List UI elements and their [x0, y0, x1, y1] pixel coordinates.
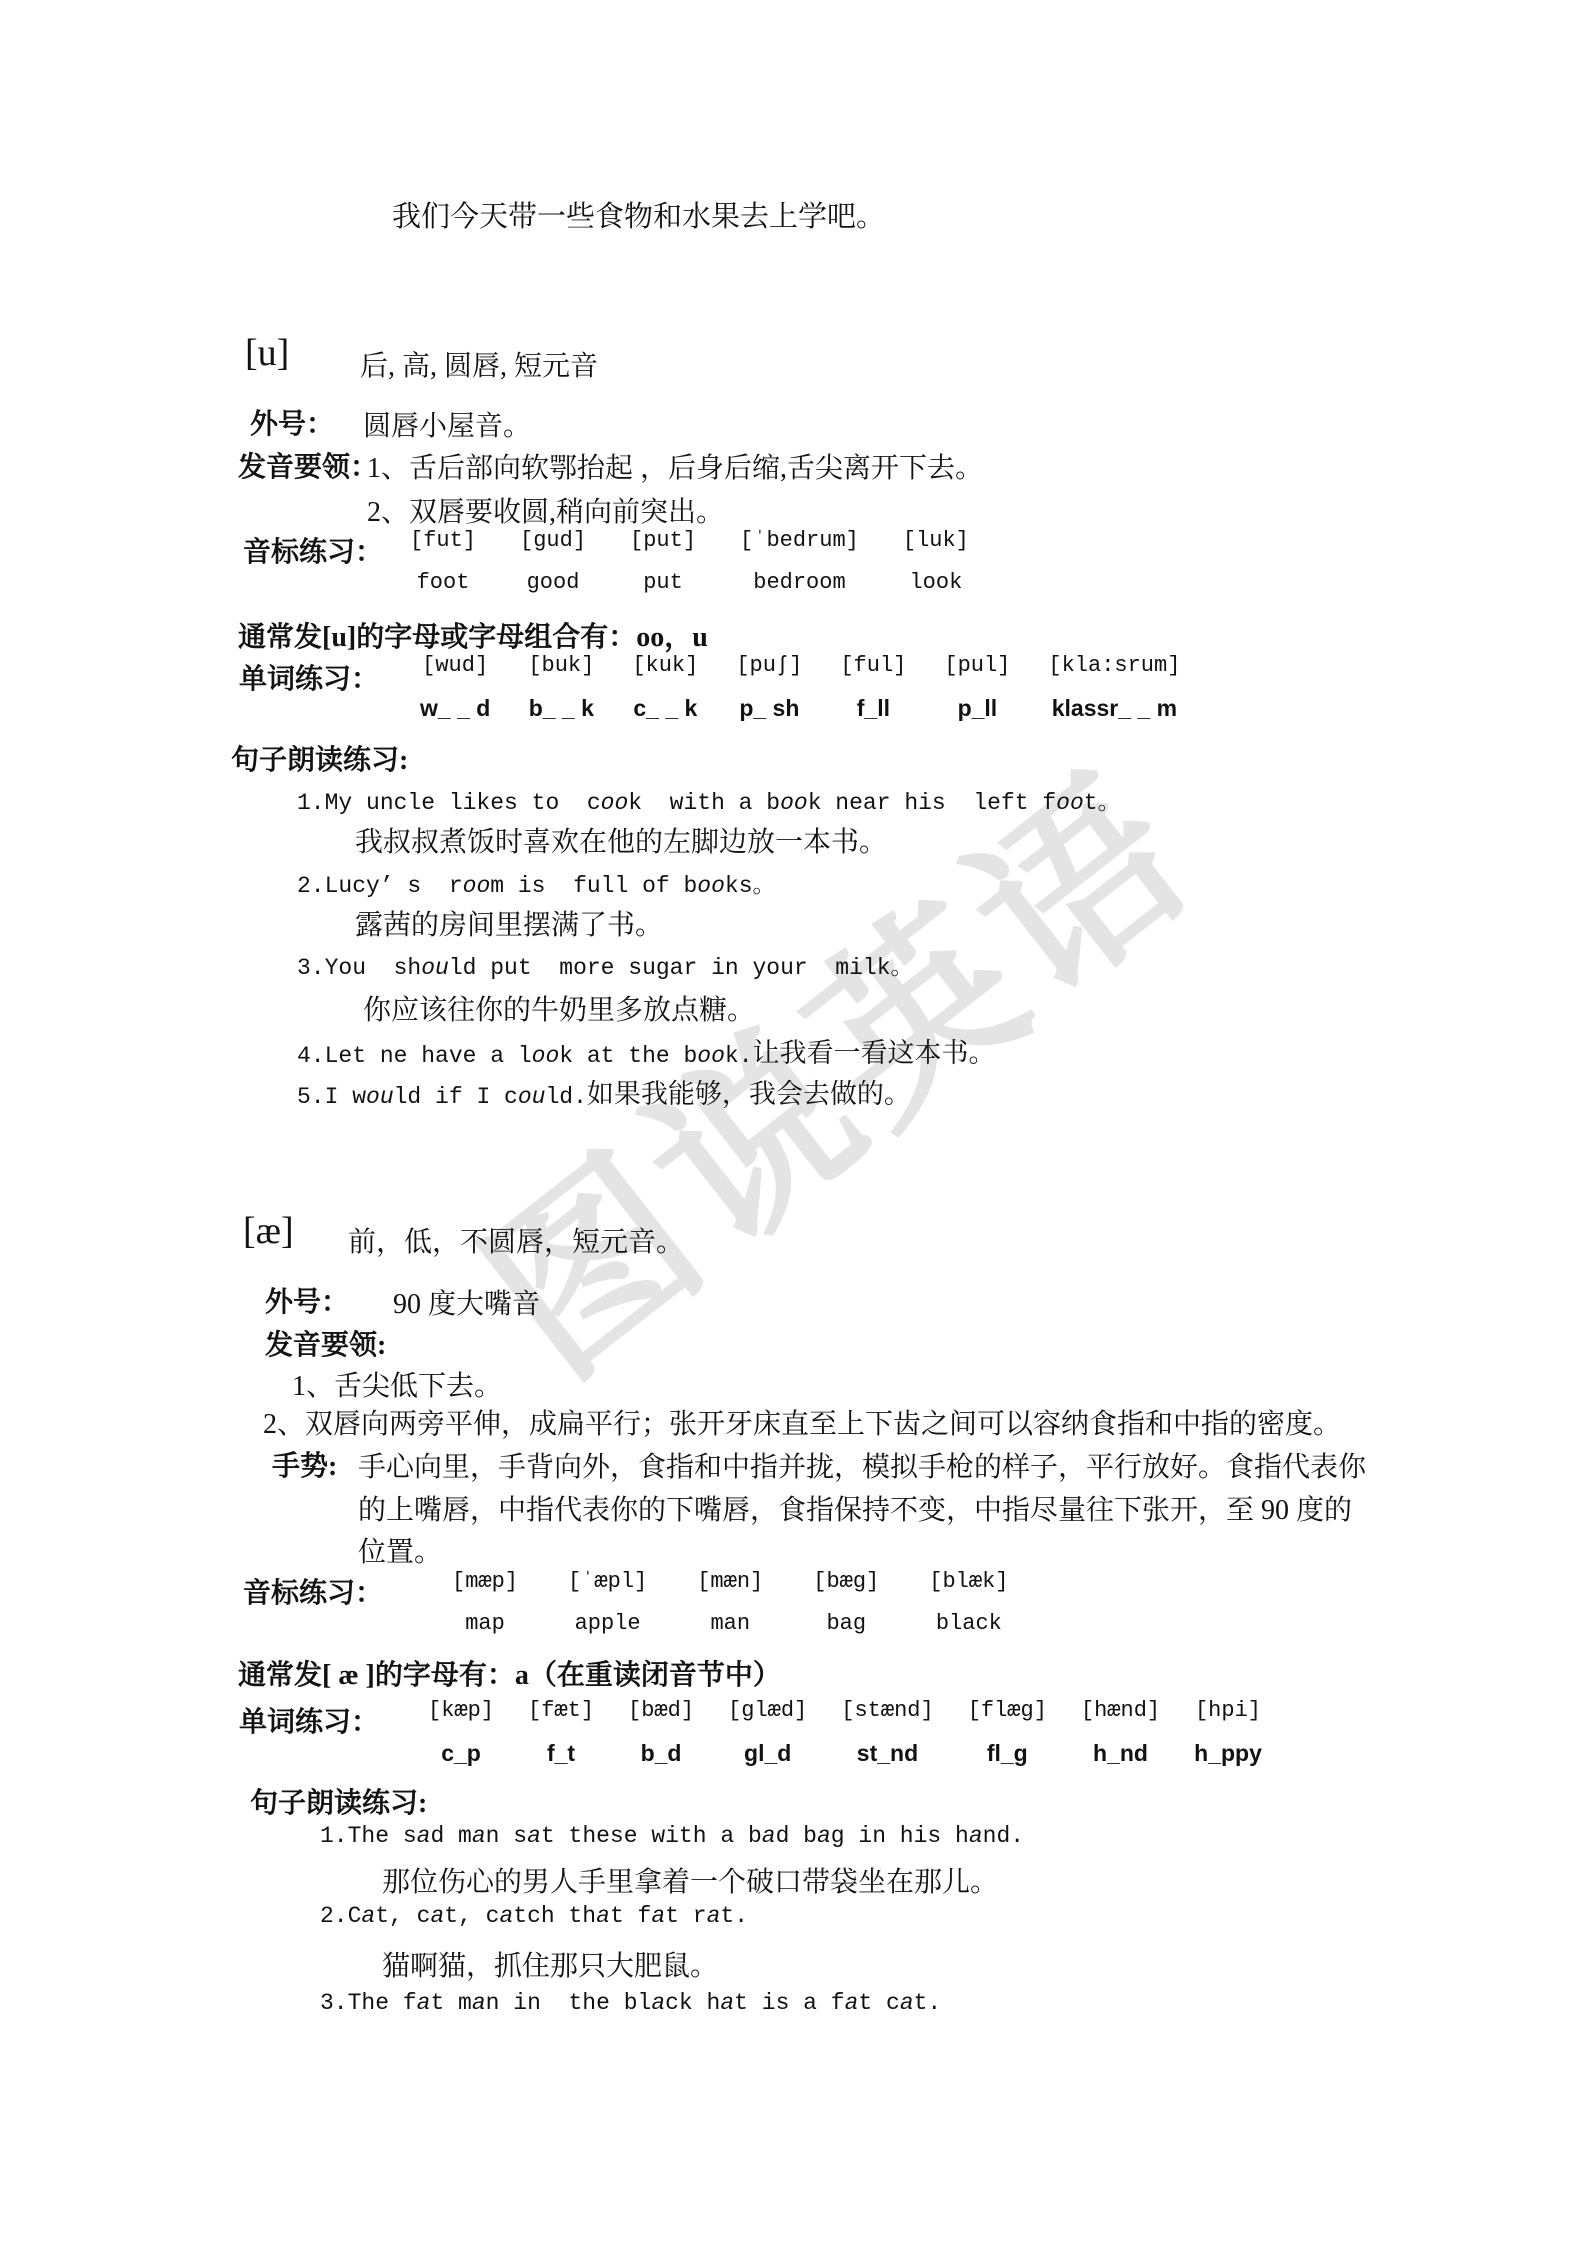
ae-gesture-line-1: 手心向里，手背向外，食指和中指并拢，模拟手枪的样子，平行放好。食指代表你: [358, 1445, 1366, 1485]
ipa-text: [blæk]: [929, 1569, 1008, 1594]
word-item: [bæd]b_d: [628, 1698, 694, 1767]
ae-features: 前，低，不圆唇，短元音。: [348, 1220, 684, 1260]
ae-gesture-line-3: 位置。: [358, 1530, 442, 1570]
word-text: map: [465, 1611, 505, 1636]
u-sentence-2-en: 2.Lucy’ s room is full of books。: [297, 866, 776, 899]
blank-text: b_d: [641, 1740, 682, 1766]
u-sentence-5-en: 5.I would if I could.如果我能够，我会去做的。: [297, 1072, 911, 1111]
phonetic-item: [gud]good: [520, 528, 586, 595]
blank-text: fl_g: [987, 1740, 1028, 1766]
ae-gesture-line-2: 的上嘴唇，中指代表你的下嘴唇，食指保持不变，中指尽量往下张开，至 90 度的: [358, 1488, 1352, 1528]
blank-text: f_t: [547, 1740, 575, 1766]
ae-phonetic-items: [mæp]map [ˈæpl]apple [mæn]man [bæg]bag […: [452, 1569, 1008, 1636]
ae-sentence-1-cn: 那位伤心的男人手里拿着一个破口带袋坐在那儿。: [382, 1860, 998, 1900]
word-text: good: [527, 570, 580, 595]
blank-text: st_nd: [857, 1740, 918, 1766]
ae-sentence-2-cn: 猫啊猫，抓住那只大肥鼠。: [382, 1944, 718, 1984]
u-word-items: [wud]w_ _ d [buk]b_ _ k [kuk]c_ _ k [puʃ…: [420, 653, 1180, 722]
word-text: bag: [826, 1611, 866, 1636]
word-item: [hænd]h_nd: [1081, 1698, 1160, 1767]
u-phonetic-label: 音标练习：: [243, 530, 383, 570]
ipa-text: [bæg]: [813, 1569, 879, 1594]
blank-text: klassr_ _ m: [1052, 695, 1177, 721]
word-text: man: [710, 1611, 750, 1636]
phonetic-item: [mæn]man: [697, 1569, 763, 1636]
ae-sentence-label: 句子朗读练习:: [250, 1781, 427, 1821]
ae-symbol: [æ]: [243, 1212, 294, 1250]
word-text: foot: [417, 570, 470, 595]
blank-text: c_ _ k: [633, 695, 697, 721]
blank-text: f_ll: [857, 695, 890, 721]
ipa-text: [hænd]: [1081, 1698, 1160, 1723]
ae-sentence-1-en: 1.The sad man sat these with a bad bag i…: [320, 1823, 1024, 1849]
u-sentence-1-en: 1.My uncle likes to cook with a book nea…: [297, 783, 1121, 816]
u-essentials-label: 发音要领：: [238, 445, 378, 485]
u-sentence-label: 句子朗读练习:: [231, 738, 408, 778]
word-item: [puʃ]p_ sh: [736, 653, 802, 722]
ae-sentence-3-en: 3.The fat man in the black hat is a fat …: [320, 1990, 941, 2016]
word-item: [kuk]c_ _ k: [632, 653, 698, 722]
ae-sentence-2-en: 2.Cat, cat, catch that fat rat.: [320, 1903, 748, 1929]
word-item: [kla:srum]klassr_ _ m: [1048, 653, 1180, 722]
ipa-text: [mæn]: [697, 1569, 763, 1594]
word-text: black: [936, 1611, 1002, 1636]
ipa-text: [luk]: [903, 528, 969, 553]
blank-text: b_ _ k: [529, 695, 594, 721]
phonetic-item: [fut]foot: [410, 528, 476, 595]
ipa-text: [hpi]: [1194, 1698, 1262, 1723]
u-nickname-value: 圆唇小屋音。: [363, 404, 531, 444]
ipa-text: [glæd]: [728, 1698, 807, 1723]
ae-gesture-label: 手势:: [272, 1444, 337, 1484]
blank-text: c_p: [441, 1740, 481, 1766]
phonetic-item: [ˈbedrum]bedroom: [740, 528, 859, 595]
ipa-text: [flæg]: [968, 1698, 1047, 1723]
u-sentence-2-cn: 露茜的房间里摆满了书。: [355, 903, 663, 943]
word-item: [hpi]h_ppy: [1194, 1698, 1262, 1767]
u-sentence-1-cn: 我叔叔煮饭时喜欢在他的左脚边放一本书。: [355, 820, 887, 860]
word-item: [pul]p_ll: [944, 653, 1010, 722]
blank-text: p_ sh: [739, 695, 799, 721]
blank-text: p_ll: [958, 695, 998, 721]
ipa-text: [stænd]: [841, 1698, 933, 1723]
phonetic-item: [mæp]map: [452, 1569, 518, 1636]
blank-text: gl_d: [744, 1740, 791, 1766]
word-item: [stænd]st_nd: [841, 1698, 933, 1767]
blank-text: h_ppy: [1194, 1740, 1262, 1766]
u-sentence-3-en: 3.You should put more sugar in your milk…: [297, 948, 914, 981]
ipa-text: [fæt]: [528, 1698, 594, 1723]
u-symbol: [u]: [245, 334, 289, 372]
phonetic-item: [put]put: [630, 528, 696, 595]
u-sentence-3-cn: 你应该往你的牛奶里多放点糖。: [363, 988, 755, 1028]
phonetic-item: [blæk]black: [929, 1569, 1008, 1636]
ae-letters-rule: 通常发[ æ ]的字母有：a（在重读闭音节中）: [238, 1653, 781, 1693]
word-item: [flæg]fl_g: [968, 1698, 1047, 1767]
phonetic-item: [bæg]bag: [813, 1569, 879, 1636]
ae-nickname-value: 90 度大嘴音: [393, 1282, 540, 1322]
ipa-text: [ˈæpl]: [568, 1569, 647, 1594]
ae-word-label: 单词练习：: [239, 1700, 379, 1740]
word-item: [ful]f_ll: [840, 653, 906, 722]
ipa-text: [ful]: [840, 653, 906, 678]
word-text: put: [643, 570, 683, 595]
ipa-text: [puʃ]: [736, 653, 802, 678]
ae-essential-2: 2、双唇向两旁平伸，成扁平行；张开牙床直至上下齿之间可以容纳食指和中指的密度。: [263, 1402, 1341, 1442]
u-essential-1: 1、舌后部向软鄂抬起 ，后身后缩,舌尖离开下去。: [367, 446, 983, 486]
blank-text: h_nd: [1093, 1740, 1148, 1766]
u-essential-2: 2、双唇要收圆,稍向前突出。: [367, 490, 724, 530]
blank-text: w_ _ d: [420, 695, 490, 721]
ipa-text: [put]: [630, 528, 696, 553]
word-item: [wud]w_ _ d: [420, 653, 490, 722]
ae-essential-1: 1、舌尖低下去。: [292, 1364, 502, 1404]
u-word-label: 单词练习：: [239, 657, 379, 697]
ae-phonetic-label: 音标练习：: [243, 1571, 383, 1611]
ae-nickname-label: 外号：: [265, 1280, 349, 1320]
ae-essentials-label: 发音要领:: [265, 1323, 386, 1363]
word-item: [glæd]gl_d: [728, 1698, 807, 1767]
u-phonetic-items: [fut]foot [gud]good [put]put [ˈbedrum]be…: [410, 528, 969, 595]
intro-sentence: 我们今天带一些食物和水果去上学吧。: [392, 194, 885, 235]
ipa-text: [gud]: [520, 528, 586, 553]
ipa-text: [kæp]: [428, 1698, 494, 1723]
ipa-text: [mæp]: [452, 1569, 518, 1594]
ipa-text: [buk]: [528, 653, 594, 678]
ipa-text: [kuk]: [632, 653, 698, 678]
ipa-text: [ˈbedrum]: [740, 528, 859, 553]
word-text: apple: [575, 1611, 641, 1636]
word-item: [buk]b_ _ k: [528, 653, 594, 722]
ipa-text: [kla:srum]: [1048, 653, 1180, 678]
u-features: 后, 高, 圆唇, 短元音: [360, 344, 598, 384]
phonetic-item: [luk]look: [903, 528, 969, 595]
word-text: bedroom: [753, 570, 845, 595]
phonetic-item: [ˈæpl]apple: [568, 1569, 647, 1636]
ipa-text: [bæd]: [628, 1698, 694, 1723]
u-nickname-label: 外号：: [250, 402, 334, 442]
u-letters-rule: 通常发[u]的字母或字母组合有：oo，u: [238, 615, 708, 655]
word-item: [fæt]f_t: [528, 1698, 594, 1767]
word-text: look: [909, 570, 962, 595]
word-item: [kæp]c_p: [428, 1698, 494, 1767]
ipa-text: [pul]: [944, 653, 1010, 678]
u-sentence-4-en: 4.Let ne have a look at the book.让我看一看这本…: [297, 1031, 996, 1070]
ipa-text: [fut]: [410, 528, 476, 553]
ipa-text: [wud]: [420, 653, 490, 678]
ae-word-items: [kæp]c_p [fæt]f_t [bæd]b_d [glæd]gl_d [s…: [428, 1698, 1262, 1767]
worksheet-page: 图说英语 我们今天带一些食物和水果去上学吧。 [u] 后, 高, 圆唇, 短元音…: [0, 0, 1587, 2245]
